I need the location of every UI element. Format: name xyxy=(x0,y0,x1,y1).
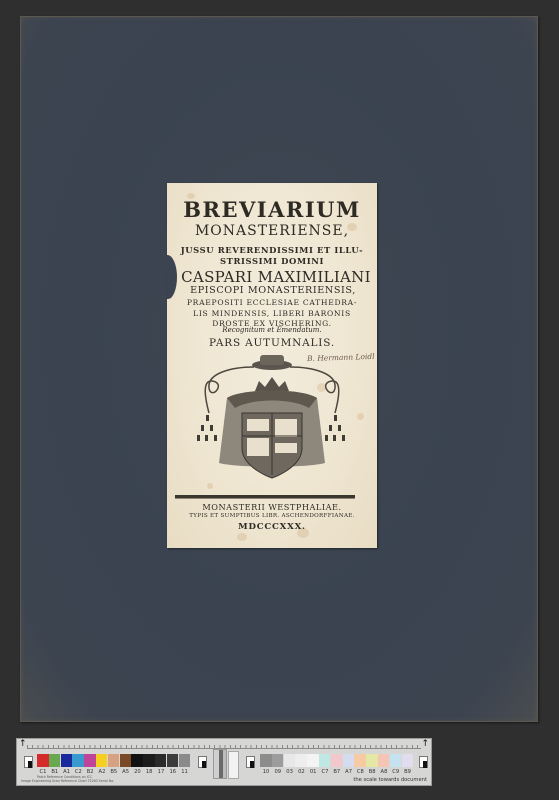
imprint-printer: TYPIS ET SUMPTIBUS LIBR. ASCHENDORFFIANA… xyxy=(167,513,377,519)
color-swatch: 02 xyxy=(295,754,307,767)
color-swatch: 11 xyxy=(179,754,191,767)
imprint-year: MDCCCXXX. xyxy=(167,522,377,532)
swatch-label: B9 xyxy=(399,769,417,775)
swatch-label: 11 xyxy=(176,769,194,775)
color-swatch: C9 xyxy=(390,754,402,767)
color-swatch: 09 xyxy=(272,754,284,767)
grey-step-patch xyxy=(213,749,227,779)
color-swatch: B2 xyxy=(84,754,96,767)
bw-patch xyxy=(246,756,255,768)
volume-part: PARS AUTUMNALIS. xyxy=(167,337,377,349)
color-swatch: B1 xyxy=(49,754,61,767)
color-swatch: 10 xyxy=(260,754,272,767)
revision-note: Recognitum et Emendatum. xyxy=(167,326,377,334)
commission-text: JUSSU REVERENDISSIMI ET ILLU- STRISSIMI … xyxy=(173,245,371,267)
target-footer-left: Image Engineering Scan Reference Chart T… xyxy=(21,779,114,783)
color-swatch: C1 xyxy=(37,754,49,767)
target-footer-right: the scale towards document xyxy=(353,777,427,783)
arrow-up-icon: ↑ xyxy=(19,740,27,749)
color-swatch: A7 xyxy=(343,754,355,767)
bishop-name: CASPARI MAXIMILIANI xyxy=(175,268,377,286)
color-swatch: A8 xyxy=(378,754,390,767)
imprint-place: MONASTERII WESTPHALIAE. xyxy=(167,502,377,512)
color-swatch: A2 xyxy=(96,754,108,767)
color-swatch: 01 xyxy=(307,754,319,767)
bw-patch xyxy=(198,756,207,768)
coat-of-arms-icon xyxy=(197,353,347,493)
color-swatch: C7 xyxy=(319,754,331,767)
title: BREVIARIUM xyxy=(167,197,377,222)
divider-rule xyxy=(175,495,355,499)
color-swatch: A5 xyxy=(120,754,132,767)
color-swatch: B7 xyxy=(331,754,343,767)
color-swatch: A1 xyxy=(61,754,73,767)
color-swatch: C2 xyxy=(72,754,84,767)
color-swatch: 20 xyxy=(131,754,143,767)
color-calibration-target: ↑ ↑ C1B1A1C2B2A2B5A52018171611 100903020… xyxy=(16,738,432,786)
swatch-row-left: C1B1A1C2B2A2B5A52018171611 xyxy=(37,754,190,767)
color-swatch: B5 xyxy=(108,754,120,767)
color-swatch: 03 xyxy=(284,754,296,767)
color-swatch: 18 xyxy=(143,754,155,767)
color-swatch: C8 xyxy=(354,754,366,767)
scale-ruler xyxy=(27,741,421,749)
white-patch xyxy=(228,751,239,779)
bishop-titles: PRAEPOSITI ECCLESIAE CATHEDRA- LIS MINDE… xyxy=(171,298,373,330)
color-swatch: B9 xyxy=(402,754,414,767)
color-swatch: 16 xyxy=(167,754,179,767)
bw-patch xyxy=(419,756,428,768)
color-swatch: B8 xyxy=(366,754,378,767)
bw-patch xyxy=(24,756,33,768)
color-swatch: 17 xyxy=(155,754,167,767)
swatch-row-right: 1009030201C7B7A7C8B8A8C9B9 xyxy=(260,754,413,767)
bishop-office: EPISCOPI MONASTERIENSIS, xyxy=(173,285,373,296)
arrow-up-icon: ↑ xyxy=(421,740,429,749)
title-page: BREVIARIUM MONASTERIENSE, JUSSU REVEREND… xyxy=(167,183,377,548)
subtitle: MONASTERIENSE, xyxy=(167,223,377,239)
